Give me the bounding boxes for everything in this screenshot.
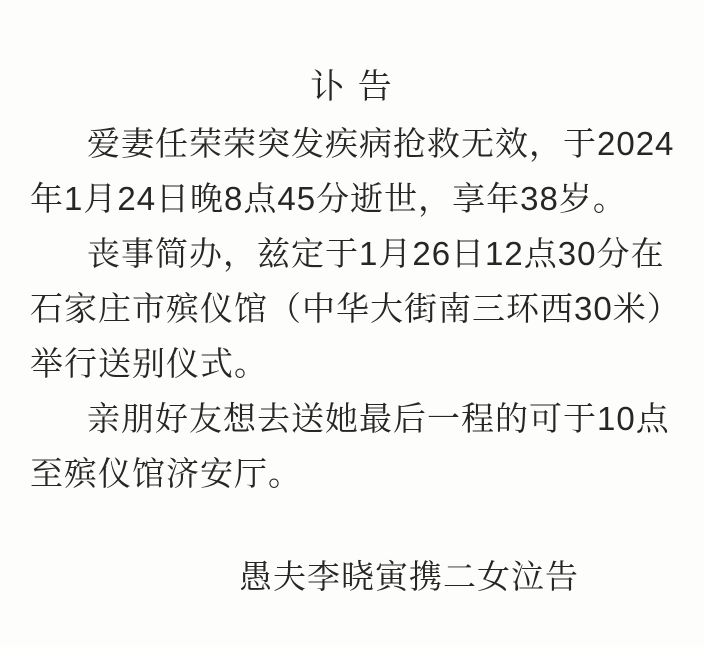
paragraph-3: 亲朋好友想去送她最后一程的可于10点 至殡仪馆济安厅。 [30,391,674,501]
notice-title: 讣 告 [30,60,674,115]
notice-line: 举行送别仪式。 [30,336,674,391]
notice-line: 爱妻任荣荣突发疾病抢救无效，于2024 [30,116,674,171]
notice-line: 石家庄市殡仪馆（中华大街南三环西30米） [30,281,674,336]
notice-line: 丧事简办，兹定于1月26日12点30分在 [30,226,674,281]
signature-line: 愚夫李晓寅携二女泣告 [30,549,674,604]
notice-line: 年1月24日晚8点45分逝世，享年38岁。 [30,171,674,226]
notice-line: 至殡仪馆济安厅。 [30,446,674,501]
paragraph-1: 爱妻任荣荣突发疾病抢救无效，于2024 年1月24日晚8点45分逝世，享年38岁… [30,116,674,226]
paragraph-2: 丧事简办，兹定于1月26日12点30分在 石家庄市殡仪馆（中华大街南三环西30米… [30,226,674,391]
notice-body: 爱妻任荣荣突发疾病抢救无效，于2024 年1月24日晚8点45分逝世，享年38岁… [30,116,674,501]
obituary-notice-page: 讣 告 爱妻任荣荣突发疾病抢救无效，于2024 年1月24日晚8点45分逝世，享… [0,0,704,647]
notice-line: 亲朋好友想去送她最后一程的可于10点 [30,391,674,446]
